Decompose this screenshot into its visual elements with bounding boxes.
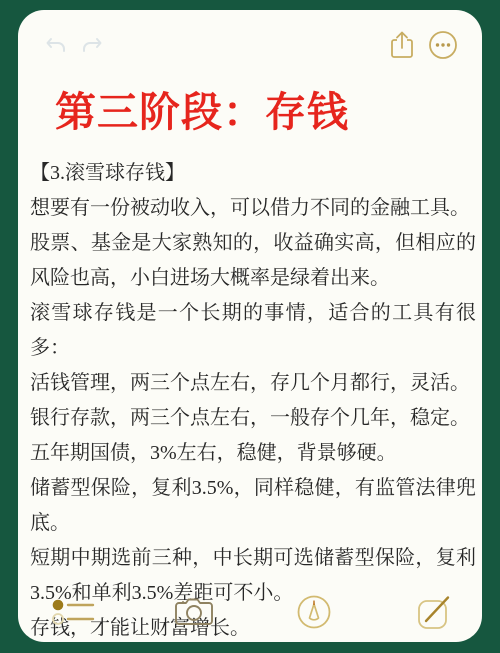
undo-icon[interactable] <box>44 33 68 57</box>
note-card: 第三阶段：存钱 【3.滚雪球存钱】想要有一份被动收入，可以借力不同的金融工具。股… <box>18 10 482 642</box>
compose-icon[interactable] <box>410 592 458 632</box>
note-title: 第三阶段：存钱 <box>55 88 482 136</box>
more-icon[interactable] <box>428 30 458 60</box>
note-toolbar <box>18 590 482 634</box>
note-paragraph: 五年期国债，3%左右，稳健，背景够硬。 <box>30 436 476 471</box>
markup-icon[interactable] <box>290 592 338 632</box>
share-icon[interactable] <box>388 29 416 61</box>
note-topbar <box>38 28 464 62</box>
camera-icon[interactable] <box>170 592 218 632</box>
note-paragraph: 储蓄型保险，复利3.5%，同样稳健，有监管法律兜底。 <box>30 471 476 541</box>
note-paragraph: 活钱管理，两三个点左右，存几个月都行，灵活。 <box>30 366 476 401</box>
redo-icon[interactable] <box>80 33 104 57</box>
checklist-icon[interactable] <box>50 592 98 632</box>
note-paragraph: 银行存款，两三个点左右，一般存个几年，稳定。 <box>30 401 476 436</box>
note-body[interactable]: 【3.滚雪球存钱】想要有一份被动收入，可以借力不同的金融工具。股票、基金是大家熟… <box>30 156 476 646</box>
note-paragraph: 滚雪球存钱是一个长期的事情，适合的工具有很多： <box>30 296 476 366</box>
note-paragraph: 想要有一份被动收入，可以借力不同的金融工具。 <box>30 191 476 226</box>
note-paragraph: 【3.滚雪球存钱】 <box>30 156 476 191</box>
note-paragraph: 股票、基金是大家熟知的，收益确实高，但相应的风险也高，小白进场大概率是绿着出来。 <box>30 226 476 296</box>
post-image: 第三阶段：存钱 【3.滚雪球存钱】想要有一份被动收入，可以借力不同的金融工具。股… <box>0 0 500 653</box>
